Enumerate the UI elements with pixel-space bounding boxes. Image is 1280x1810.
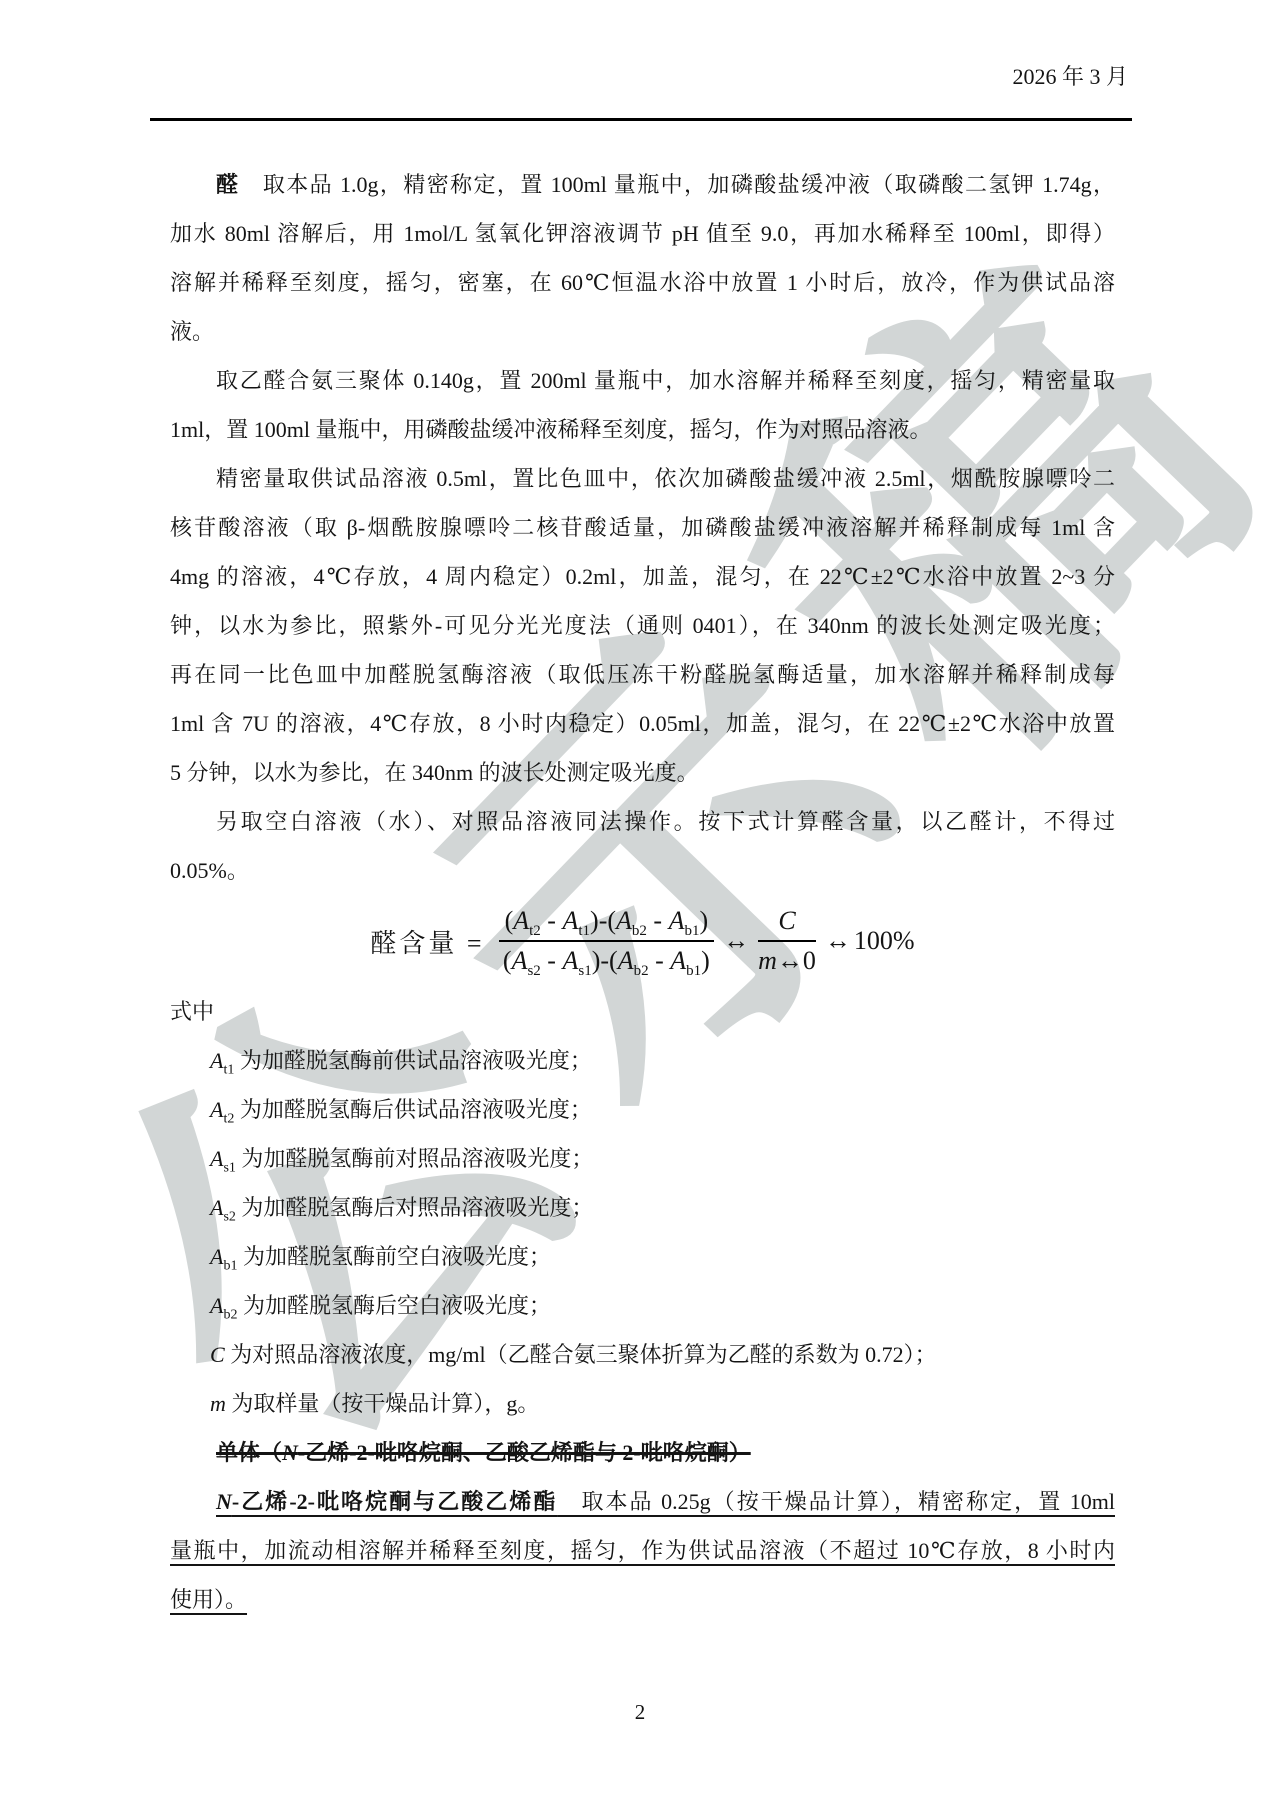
text-line: 1ml 含 7U 的溶液，4℃存放，8 小时内稳定）0.05ml，加盖，混匀，在…	[170, 699, 1115, 748]
document-body: 醛 取本品 1.0g，精密称定，置 100ml 量瓶中，加磷酸盐缓冲液（取磷酸二…	[170, 160, 1115, 1624]
formula-main-fraction: (At2 - At1)-(Ab2 - Ab1) (As2 - As1)-(Ab2…	[499, 905, 715, 978]
formula-operator: ↔	[825, 926, 851, 956]
paragraph-head: 醛	[216, 172, 239, 197]
header-rule	[150, 118, 1132, 121]
formula-m10: m↔0	[758, 942, 816, 978]
text-line: 溶解并稀释至刻度，摇匀，密塞，在 60℃恒温水浴中放置 1 小时后，放冷，作为供…	[170, 258, 1115, 307]
line-text: 再在同一比色皿中加醛脱氢酶溶液（取低压冻干粉醛脱氢酶适量，加水溶解并稀释制成每	[170, 662, 1115, 687]
page-number: 2	[0, 1700, 1280, 1725]
definition-line: Ab1 为加醛脱氢酶前空白液吸光度；	[170, 1232, 1115, 1281]
line-text: 液。	[170, 319, 214, 344]
text-line: 4mg 的溶液，4℃存放，4 周内稳定）0.2ml，加盖，混匀，在 22℃±2℃…	[170, 552, 1115, 601]
line-text: 5 分钟，以水为参比，在 340nm 的波长处测定吸光度。	[170, 760, 699, 785]
formula-operator: ↔	[723, 926, 749, 956]
definition-line: At1 为加醛脱氢酶前供试品溶液吸光度；	[170, 1036, 1115, 1085]
line-text: 1ml，置 100ml 量瓶中，用磷酸盐缓冲液稀释至刻度，摇匀，作为对照品溶液。	[170, 417, 931, 442]
line-text: 精密量取供试品溶液 0.5ml，置比色皿中，依次加磷酸盐缓冲液 2.5ml，烟酰…	[216, 466, 1115, 491]
deleted-monomer-heading: 单体（N-乙烯-2-吡咯烷酮、乙酸乙烯酯与 2-吡咯烷酮）	[170, 1428, 1115, 1477]
formula-numerator: (At2 - At1)-(Ab2 - Ab1)	[499, 905, 715, 943]
definition-line: As1 为加醛脱氢酶前对照品溶液吸光度；	[170, 1134, 1115, 1183]
added-paragraph-line: 量瓶中，加流动相溶解并稀释至刻度，摇匀，作为供试品溶液（不超过 10℃存放，8 …	[170, 1526, 1115, 1575]
aldehyde-content-formula: 醛含量 = (At2 - At1)-(Ab2 - Ab1) (As2 - As1…	[170, 895, 1115, 987]
line-text: 钟，以水为参比，照紫外-可见分光光度法（通则 0401），在 340nm 的波长…	[170, 613, 1115, 638]
text-line: 0.05%。	[170, 846, 1115, 895]
text-line: 再在同一比色皿中加醛脱氢酶溶液（取低压冻干粉醛脱氢酶适量，加水溶解并稀释制成每	[170, 650, 1115, 699]
text-line: 5 分钟，以水为参比，在 340nm 的波长处测定吸光度。	[170, 748, 1115, 797]
line-text: 取乙醛合氨三聚体 0.140g，置 200ml 量瓶中，加水溶解并稀释至刻度，摇…	[216, 368, 1115, 393]
formula-denominator: (As2 - As1)-(Ab2 - Ab1)	[499, 942, 715, 978]
formula-c: C	[758, 905, 816, 943]
formula-lhs: 醛含量 =	[370, 923, 484, 960]
text-line: 取乙醛合氨三聚体 0.140g，置 200ml 量瓶中，加水溶解并稀释至刻度，摇…	[170, 356, 1115, 405]
added-paragraph-line: N-乙烯-2-吡咯烷酮与乙酸乙烯酯 取本品 0.25g（按干燥品计算），精密称定…	[170, 1477, 1115, 1526]
line-text: 取本品 1.0g，精密称定，置 100ml 量瓶中，加磷酸盐缓冲液（取磷酸二氢钾…	[239, 172, 1115, 197]
added-paragraph-line: 使用）。	[170, 1575, 1115, 1624]
definition-line: At2 为加醛脱氢酶后供试品溶液吸光度；	[170, 1085, 1115, 1134]
text-line: 核苷酸溶液（取 β-烟酰胺腺嘌呤二核苷酸适量，加磷酸盐缓冲液溶解并稀释制成每 1…	[170, 503, 1115, 552]
line-text: 1ml 含 7U 的溶液，4℃存放，8 小时内稳定）0.05ml，加盖，混匀，在…	[170, 711, 1115, 736]
text-line: 液。	[170, 307, 1115, 356]
text-line: 1ml，置 100ml 量瓶中，用磷酸盐缓冲液稀释至刻度，摇匀，作为对照品溶液。	[170, 405, 1115, 454]
definition-line: As2 为加醛脱氢酶后对照品溶液吸光度；	[170, 1183, 1115, 1232]
definition-line: m 为取样量（按干燥品计算），g。	[170, 1379, 1115, 1428]
text-line: 加水 80ml 溶解后，用 1mol/L 氢氧化钾溶液调节 pH 值至 9.0，…	[170, 209, 1115, 258]
line-text: 核苷酸溶液（取 β-烟酰胺腺嘌呤二核苷酸适量，加磷酸盐缓冲液溶解并稀释制成每 1…	[170, 515, 1115, 540]
line-text: 4mg 的溶液，4℃存放，4 周内稳定）0.2ml，加盖，混匀，在 22℃±2℃…	[170, 564, 1115, 589]
line-text: 另取空白溶液（水）、对照品溶液同法操作。按下式计算醛含量，以乙醛计，不得过	[216, 809, 1115, 834]
text-line: 精密量取供试品溶液 0.5ml，置比色皿中，依次加磷酸盐缓冲液 2.5ml，烟酰…	[170, 454, 1115, 503]
text-line: 另取空白溶液（水）、对照品溶液同法操作。按下式计算醛含量，以乙醛计，不得过	[170, 797, 1115, 846]
text-line: 钟，以水为参比，照紫外-可见分光光度法（通则 0401），在 340nm 的波长…	[170, 601, 1115, 650]
line-text: 溶解并稀释至刻度，摇匀，密塞，在 60℃恒温水浴中放置 1 小时后，放冷，作为供…	[170, 270, 1115, 295]
text-line: 醛 取本品 1.0g，精密称定，置 100ml 量瓶中，加磷酸盐缓冲液（取磷酸二…	[170, 160, 1115, 209]
header-date: 2026 年 3 月	[1012, 60, 1128, 91]
definition-line: Ab2 为加醛脱氢酶后空白液吸光度；	[170, 1281, 1115, 1330]
definition-line: C 为对照品溶液浓度，mg/ml（乙醛合氨三聚体折算为乙醛的系数为 0.72）；	[170, 1330, 1115, 1379]
formula-cm-fraction: C m↔0	[758, 905, 816, 978]
formula-percent: 100%	[854, 926, 915, 956]
line-text: 0.05%。	[170, 858, 249, 883]
where-label: 式中	[170, 987, 1115, 1036]
line-text: 加水 80ml 溶解后，用 1mol/L 氢氧化钾溶液调节 pH 值至 9.0，…	[170, 221, 1115, 246]
